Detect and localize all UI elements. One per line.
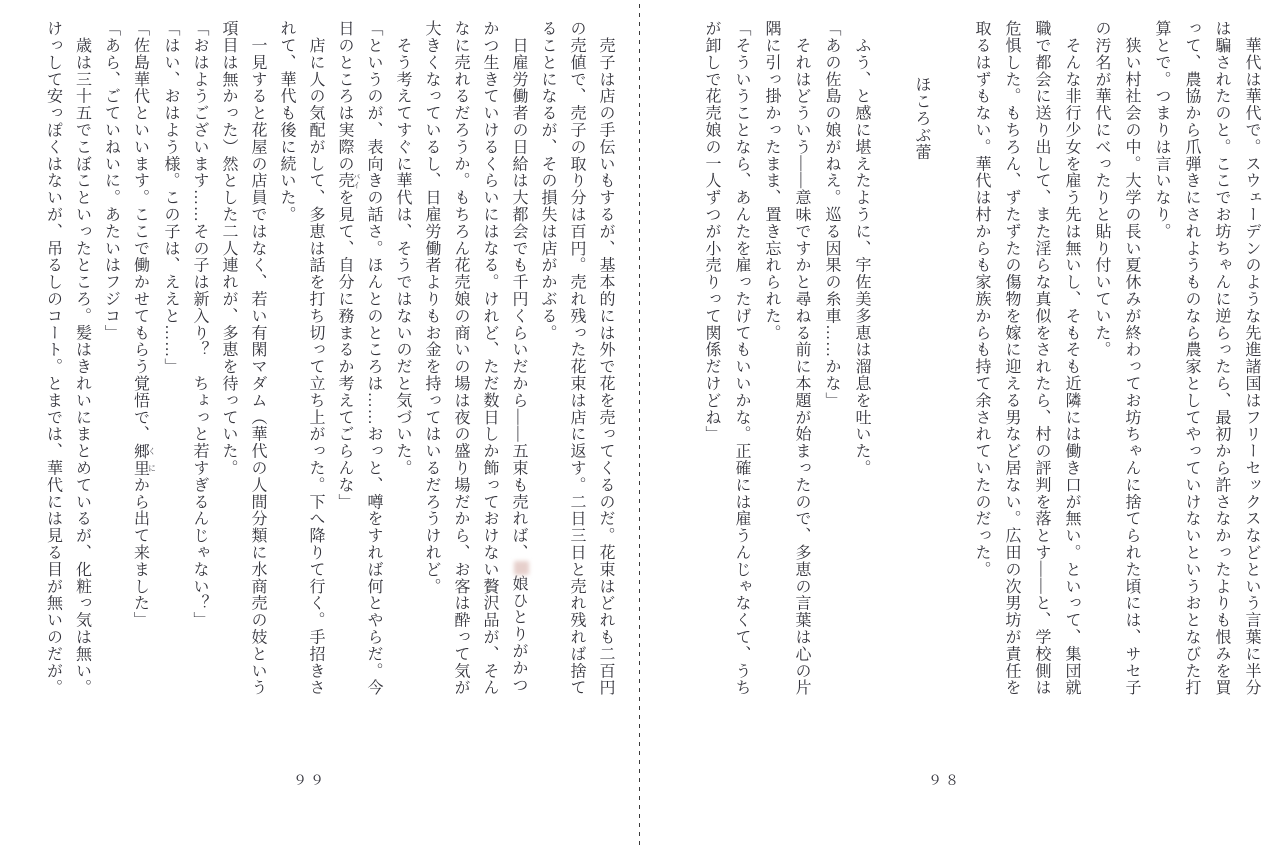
book-spread: 売子は店の手伝いもするが、基本的には外で花を売ってくるのだ。花束はどれも二百円の… — [0, 0, 1280, 860]
paragraph: 「おはようございます……その子は新入り？ ちょっと若すぎるんじゃない？」 — [185, 20, 214, 698]
paragraph: ふう、と感に堪えたように、宇佐美多恵は溜息を吐いた。 — [846, 20, 876, 698]
censored-word — [514, 561, 529, 575]
paragraph: 「というのが、表向きの話さ。ほんとのところは……おっと、噂をすれば何とやらだ。今… — [330, 20, 388, 698]
paragraph: 売子は店の手伝いもするが、基本的には外で花を売ってくるのだ。花束はどれも二百円の… — [533, 20, 620, 698]
right-page-number: ９８ — [905, 770, 985, 790]
paragraph: 「佐島華代といいます。ここで働かせてもらう覚悟で、郷里くにから出て来ました」 — [126, 20, 157, 698]
paragraph: 日雇労働者の日給は大都会でも千円くらいだから——五束も売れば、娘ひとりがかつかつ… — [417, 20, 533, 698]
paragraph: 歳は三十五でこぼこといったところ。髪はきれいにまとめているが、化粧っ気は無い。け… — [39, 20, 97, 698]
left-page-text: 売子は店の手伝いもするが、基本的には外で花を売ってくるのだ。花束はどれも二百円の… — [39, 20, 621, 698]
left-page: 売子は店の手伝いもするが、基本的には外で花を売ってくるのだ。花束はどれも二百円の… — [0, 0, 640, 860]
furigana-ruby: 郷里くに — [132, 443, 149, 477]
paragraph: 「あら、ごていねいに。あたいはフジコ」 — [97, 20, 126, 698]
furigana-ruby: 売バイ — [336, 172, 353, 189]
left-page-number: ９９ — [270, 770, 350, 790]
paragraph: 一見すると花屋の店員ではなく、若い有閑マダム（華代の人間分類に水商売の妓という項… — [214, 20, 272, 698]
paragraph: 華代は華代で。スウェーデンのような先進諸国はフリーセックスなどという言葉に半分は… — [1146, 20, 1266, 698]
right-page: 華代は華代で。スウェーデンのような先進諸国はフリーセックスなどという言葉に半分は… — [640, 0, 1280, 860]
paragraph: そう考えてすぐに華代は、そうではないのだと気づいた。 — [388, 20, 417, 698]
paragraph: 狭い村社会の中。大学の長い夏休みが終わってお坊ちゃんに捨てられた頃には、サセ子の… — [1086, 20, 1146, 698]
paragraph: それはどういう——意味ですかと尋ねる前に本題が始まったので、多恵の言葉は心の片隅… — [756, 20, 816, 698]
paragraph: そんな非行少女を雇う先は無いし、そもそも近隣には働き口が無い。といって、集団就職… — [966, 20, 1086, 698]
section-heading: ほころぶ蕾 — [906, 20, 936, 698]
paragraph: 「あの佐島の娘がねえ。巡る因果の糸車……かな」 — [816, 20, 846, 698]
paragraph: 店に人の気配がして、多恵は話を打ち切って立ち上がった。下へ降りて行く。手招きされ… — [272, 20, 330, 698]
paragraph: 「そういうことなら、あんたを雇ったげてもいいかな。正確には雇うんじゃなくて、うち… — [696, 20, 756, 698]
paragraph: 「はい、おはよう様。この子は、ええと……」 — [156, 20, 185, 698]
right-page-text: 華代は華代で。スウェーデンのような先進諸国はフリーセックスなどという言葉に半分は… — [696, 20, 1266, 698]
